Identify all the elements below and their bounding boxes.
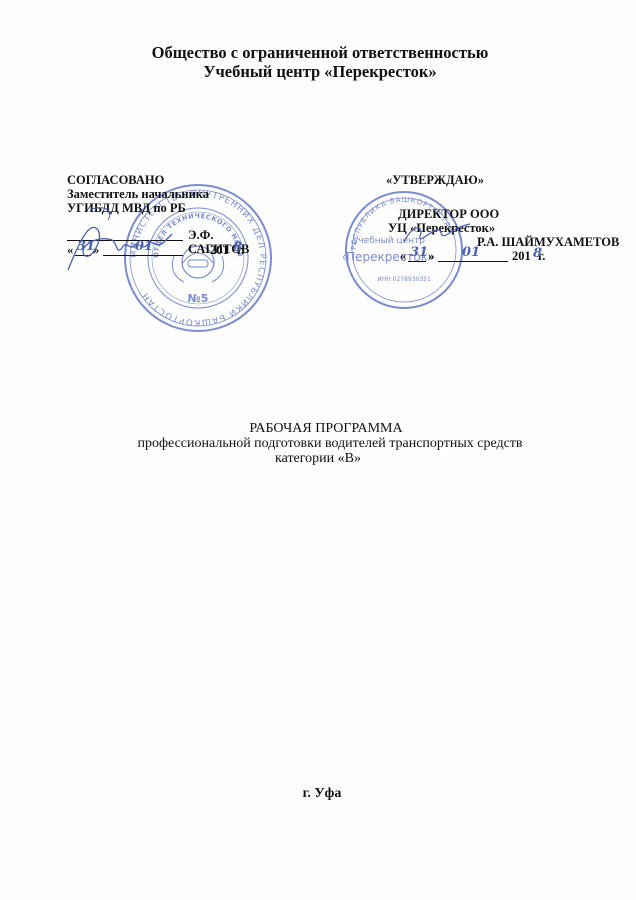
agreed-heading: СОГЛАСОВАНО bbox=[67, 173, 209, 187]
program-subtitle: профессиональной подготовки водителей тр… bbox=[0, 436, 636, 451]
approved-heading: «УТВЕРЖДАЮ» bbox=[386, 173, 484, 187]
svg-text:№5: №5 bbox=[188, 292, 209, 305]
approved-signatory: Р.А. ШАЙМУХАМЕТОВ bbox=[477, 235, 619, 249]
organization-title: Общество с ограниченной ответственностью… bbox=[0, 43, 636, 81]
signature-icon bbox=[400, 212, 480, 257]
document-page: Общество с ограниченной ответственностью… bbox=[0, 0, 636, 900]
signature-icon bbox=[60, 200, 180, 275]
year-prefix: 201 bbox=[512, 249, 531, 263]
year-prefix: 201 bbox=[210, 243, 229, 257]
org-name-line1: Общество с ограниченной ответственностью bbox=[0, 43, 636, 62]
svg-text:ИНН 0278930351: ИНН 0278930351 bbox=[377, 276, 431, 283]
program-title: РАБОЧАЯ ПРОГРАММА bbox=[0, 421, 636, 436]
city-footer: г. Уфа bbox=[0, 786, 636, 802]
agreed-position-line1: Заместитель начальника bbox=[67, 187, 209, 201]
program-title-block: РАБОЧАЯ ПРОГРАММА профессиональной подго… bbox=[0, 421, 636, 466]
org-name-line2: Учебный центр «Перекресток» bbox=[0, 62, 636, 81]
year-handwritten: 8 bbox=[233, 241, 242, 255]
year-handwritten: 8 bbox=[533, 247, 542, 261]
month-underline bbox=[438, 261, 508, 262]
day-underline bbox=[408, 261, 426, 262]
program-category: категории «В» bbox=[0, 451, 636, 466]
